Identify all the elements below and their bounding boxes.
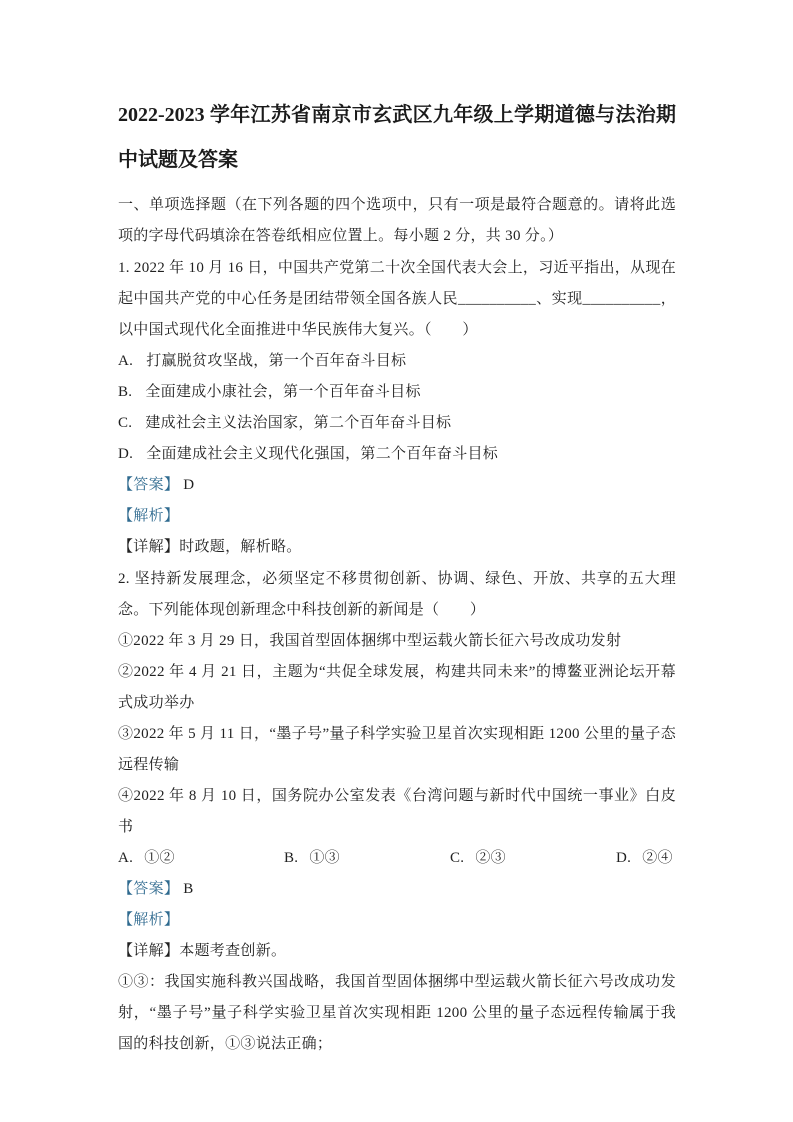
page-title: 2022-2023 学年江苏省南京市玄武区九年级上学期道德与法治期中试题及答案 <box>118 93 676 183</box>
q1-option-d-label: D. <box>118 439 133 470</box>
q2-analysis-label: 【解析】 <box>118 912 179 928</box>
q2-option-d-label: D. <box>616 843 631 874</box>
q2-options-row: A.①② B.①③ C.②③ D.②④ <box>118 843 676 874</box>
q1-stem: 1. 2022 年 10 月 16 日，中国共产党第二十次全国代表大会上，习近平… <box>118 253 676 346</box>
q1-option-a-label: A. <box>118 346 133 377</box>
q1-option-a-text: 打赢脱贫攻坚战，第一个百年奋斗目标 <box>146 353 406 369</box>
question-1: 1. 2022 年 10 月 16 日，中国共产党第二十次全国代表大会上，习近平… <box>118 253 676 563</box>
q1-analysis-line: 【解析】 <box>118 501 676 532</box>
q2-detail-text: 本题考查创新。 <box>179 943 286 959</box>
q1-option-b-text: 全面建成小康社会，第一个百年奋斗目标 <box>145 384 420 400</box>
q1-answer-line: 【答案】D <box>118 470 676 501</box>
section-heading: 一、单项选择题（在下列各题的四个选项中，只有一项是最符合题意的。请将此选项的字母… <box>118 190 676 252</box>
q2-stem: 2. 坚持新发展理念，必须坚定不移贯彻创新、协调、绿色、开放、共享的五大理念。下… <box>118 564 676 626</box>
q1-option-b: B.全面建成小康社会，第一个百年奋斗目标 <box>118 377 676 408</box>
q2-detail-line: 【详解】本题考查创新。 <box>118 936 676 967</box>
q2-option-d-text: ②④ <box>642 850 673 866</box>
question-2: 2. 坚持新发展理念，必须坚定不移贯彻创新、协调、绿色、开放、共享的五大理念。下… <box>118 564 676 1060</box>
q2-option-c-text: ②③ <box>475 850 506 866</box>
q1-option-c-label: C. <box>118 408 132 439</box>
q2-option-b-label: B. <box>284 843 298 874</box>
q1-option-d-text: 全面建成社会主义现代化强国，第二个百年奋斗目标 <box>146 446 498 462</box>
q2-option-c-label: C. <box>450 843 464 874</box>
q2-item-2: ②2022 年 4 月 21 日，主题为“共促全球发展，构建共同未来”的博鳌亚洲… <box>118 657 676 719</box>
q2-explanation: ①③：我国实施科教兴国战略，我国首型固体捆绑中型运载火箭长征六号改成功发射，“墨… <box>118 967 676 1060</box>
q1-option-c: C.建成社会主义法治国家，第二个百年奋斗目标 <box>118 408 676 439</box>
q2-option-a-label: A. <box>118 843 133 874</box>
q2-answer-label: 【答案】 <box>118 881 179 897</box>
q1-answer-label: 【答案】 <box>118 477 179 493</box>
q2-answer-value: B <box>183 881 193 897</box>
q1-option-a: A.打赢脱贫攻坚战，第一个百年奋斗目标 <box>118 346 676 377</box>
q1-option-d: D.全面建成社会主义现代化强国，第二个百年奋斗目标 <box>118 439 676 470</box>
q1-analysis-label: 【解析】 <box>118 508 179 524</box>
q2-detail-label: 【详解】 <box>118 943 179 959</box>
q2-option-d: D.②④ <box>616 843 676 874</box>
q2-item-3: ③2022 年 5 月 11 日，“墨子号”量子科学实验卫星首次实现相距 120… <box>118 719 676 781</box>
exam-document-page: 2022-2023 学年江苏省南京市玄武区九年级上学期道德与法治期中试题及答案 … <box>0 0 793 1122</box>
q1-option-c-text: 建成社会主义法治国家，第二个百年奋斗目标 <box>145 415 451 431</box>
q2-analysis-line: 【解析】 <box>118 905 676 936</box>
q1-answer-value: D <box>183 477 194 493</box>
q2-option-c: C.②③ <box>450 843 616 874</box>
q1-option-b-label: B. <box>118 377 132 408</box>
q1-detail-line: 【详解】时政题，解析略。 <box>118 532 676 563</box>
q2-option-a-text: ①② <box>144 850 175 866</box>
q2-option-b: B.①③ <box>284 843 450 874</box>
q2-option-a: A.①② <box>118 843 284 874</box>
q2-answer-line: 【答案】B <box>118 874 676 905</box>
q2-option-b-text: ①③ <box>309 850 340 866</box>
q2-item-4: ④2022 年 8 月 10 日，国务院办公室发表《台湾问题与新时代中国统一事业… <box>118 781 676 843</box>
q2-item-1: ①2022 年 3 月 29 日，我国首型固体捆绑中型运载火箭长征六号改成功发射 <box>118 626 676 657</box>
q1-detail-text: 时政题，解析略。 <box>179 539 301 555</box>
q1-detail-label: 【详解】 <box>118 539 179 555</box>
